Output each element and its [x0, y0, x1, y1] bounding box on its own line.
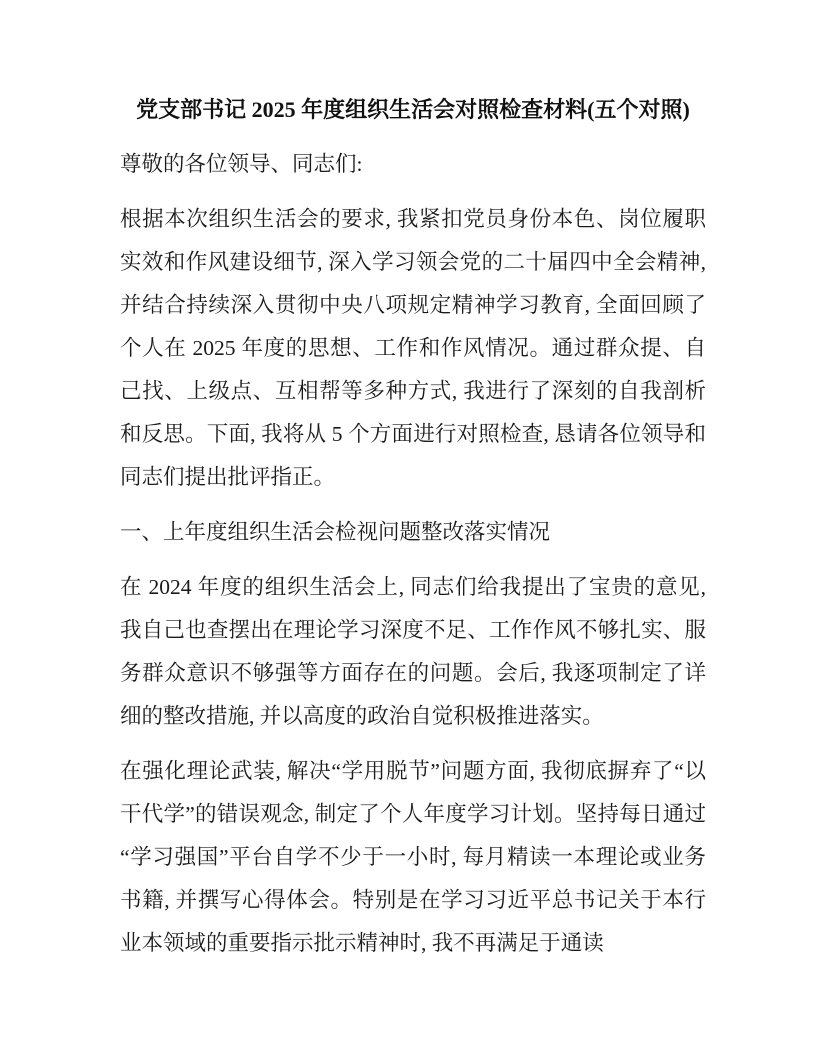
- section-1-paragraph-1: 在 2024 年度的组织生活会上, 同志们给我提出了宝贵的意见, 我自己也查摆出…: [120, 566, 706, 738]
- salutation-line: 尊敬的各位领导、同志们:: [120, 143, 706, 186]
- document-page: 党支部书记 2025 年度组织生活会对照检查材料(五个对照) 尊敬的各位领导、同…: [0, 0, 816, 1056]
- intro-paragraph: 根据本次组织生活会的要求, 我紧扣党员身份本色、岗位履职实效和作风建设细节, 深…: [120, 198, 706, 499]
- section-1-paragraph-2: 在强化理论武装, 解决“学用脱节”问题方面, 我彻底摒弃了“以干代学”的错误观念…: [120, 750, 706, 965]
- section-1-heading: 一、上年度组织生活会检视问题整改落实情况: [120, 511, 706, 554]
- document-title: 党支部书记 2025 年度组织生活会对照检查材料(五个对照): [120, 88, 706, 131]
